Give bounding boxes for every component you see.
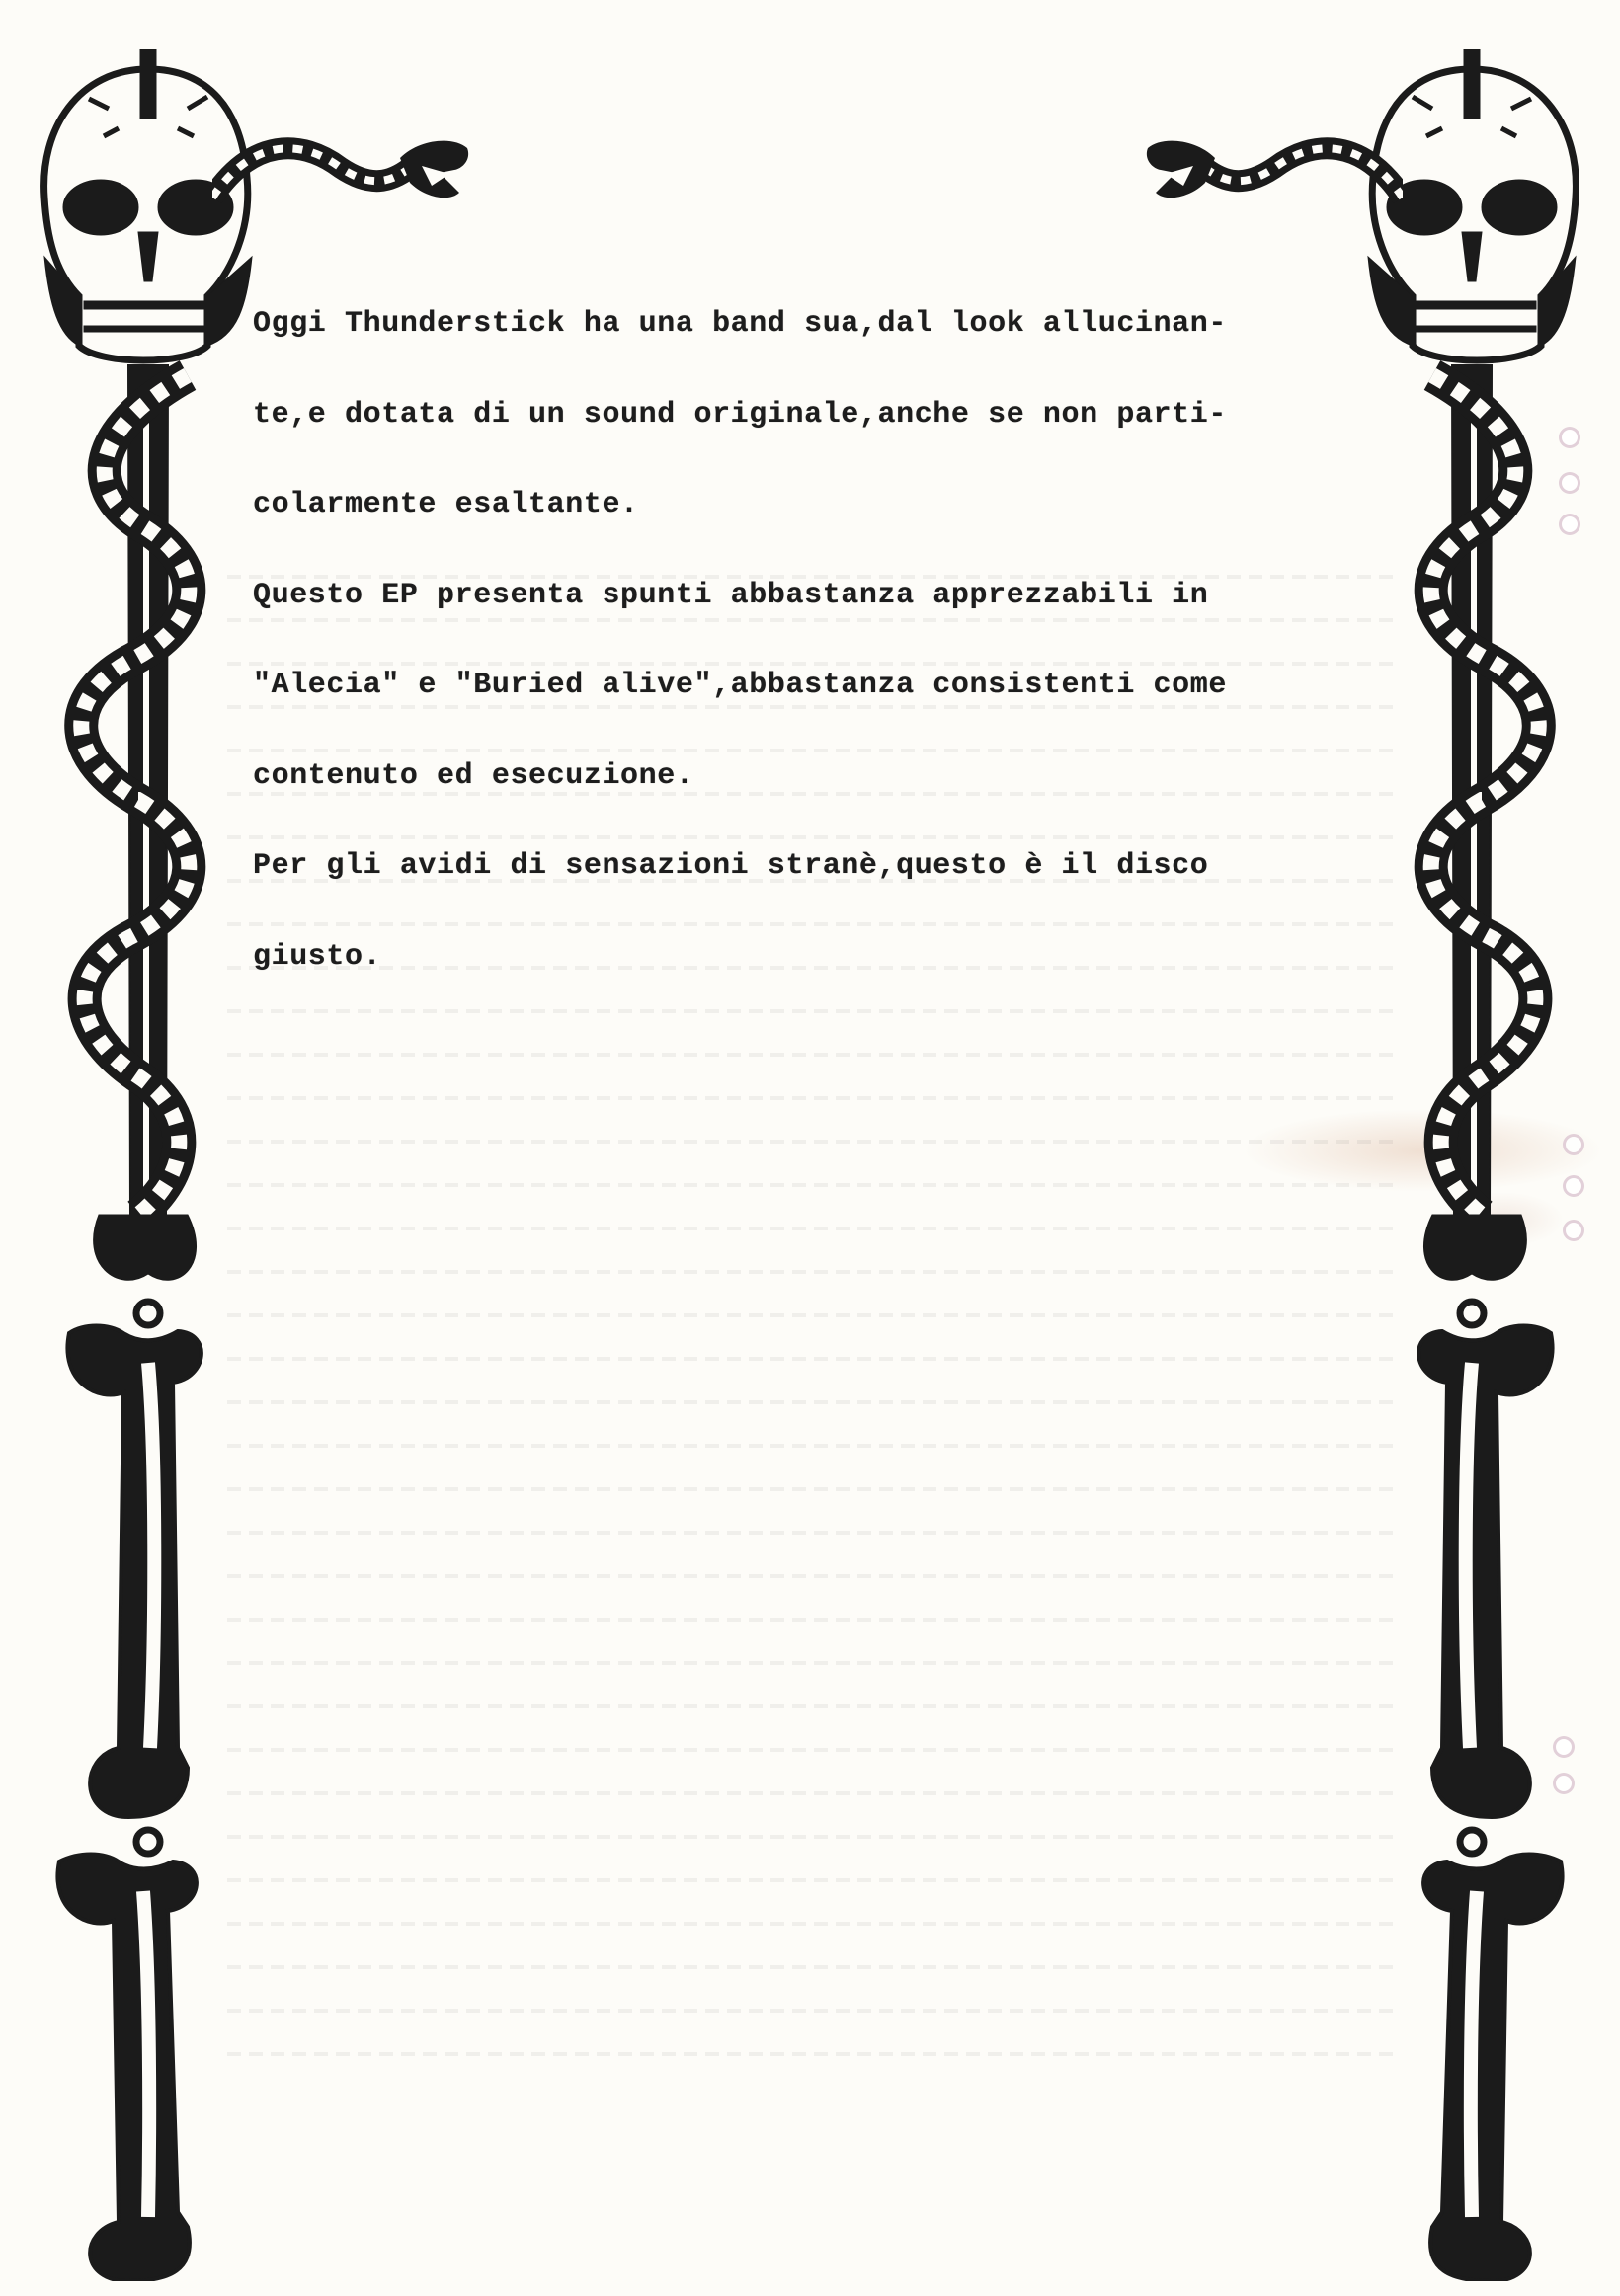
review-line: Per gli avidi di sensazioni stranè,quest… bbox=[253, 851, 1379, 882]
review-line: contenuto ed esecuzione. bbox=[253, 761, 1379, 792]
review-line: "Alecia" e "Buried alive",abbastanza con… bbox=[253, 671, 1379, 701]
right-snake-head-icon bbox=[1146, 119, 1403, 227]
left-border-skull-snake-bones-icon bbox=[40, 49, 257, 2281]
review-line: Oggi Thunderstick ha una band sua,dal lo… bbox=[253, 309, 1379, 340]
review-line: Questo EP presenta spunti abbastanza app… bbox=[253, 581, 1379, 611]
right-border-skull-snake-bones-icon bbox=[1363, 49, 1580, 2281]
review-line: giusto. bbox=[253, 942, 1379, 973]
review-line: colarmente esaltante. bbox=[253, 490, 1379, 520]
review-text: Oggi Thunderstick ha una band sua,dal lo… bbox=[253, 249, 1379, 1002]
left-snake-head-icon bbox=[212, 119, 469, 227]
review-line: te,e dotata di un sound originale,anche … bbox=[253, 400, 1379, 431]
